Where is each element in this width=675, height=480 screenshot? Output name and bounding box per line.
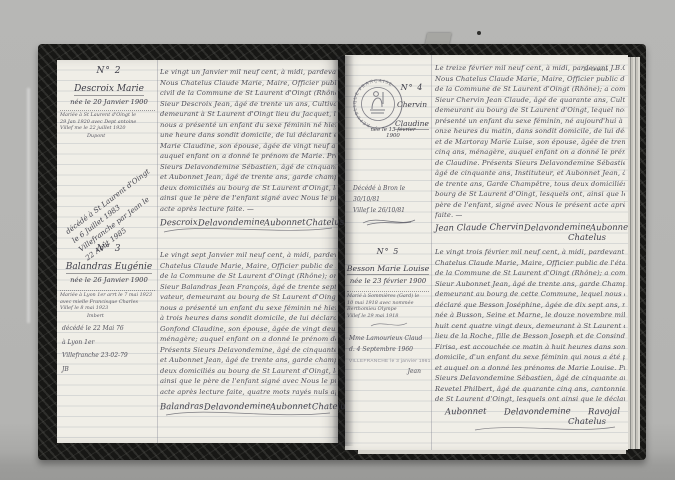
act3-body: Le vingt sept Janvier mil neuf cent, à m… — [160, 250, 336, 397]
handwritten-line: Sieur Aubonnet Jean, âgé de trente ans, … — [435, 279, 625, 290]
handwritten-line: domicile, d'un enfant du sexe féminin qu… — [435, 352, 625, 363]
act4-body: Le treize février mil neuf cent, à midi,… — [435, 63, 625, 221]
handwritten-line: Sieur Chervin Jean Claude, âgé de quaran… — [435, 95, 625, 106]
handwritten-line: nous a présenté un enfant du sexe fémini… — [160, 120, 336, 131]
act2-name: Descroix Marie — [74, 84, 144, 96]
act4-margin-header: N° 4 Chervin Claudine — [393, 83, 431, 130]
page-stack-edges — [628, 57, 640, 449]
act5-number: N° 5 — [345, 247, 431, 256]
act5-name: Besson Marie Louise — [347, 264, 430, 275]
act5-body: Le vingt trois février mil neuf cent, à … — [435, 247, 625, 405]
handwritten-line: déclaré que Besson Joséphine, âgée de di… — [435, 300, 625, 311]
signature-officer: Chatelus — [435, 233, 620, 243]
act5-margin-header: N° 5 Besson Marie Louise née le 23 févri… — [345, 247, 431, 285]
handwritten-line: Le vingt un Janvier mil neuf cent, à mid… — [160, 67, 336, 78]
handwritten-line: Revetel Philbert, âgé de quarante cinq a… — [435, 384, 625, 395]
handwritten-line: Nous Chatelus Claude Marie, Maire, Offic… — [160, 78, 336, 89]
register-book: N° 2 Descroix Marie née le 20 Janvier 19… — [38, 44, 646, 460]
act3-death-note: décédé le 22 Mai 76à Lyon 1erVillefranch… — [62, 322, 157, 376]
signature: Delavondemine — [203, 401, 270, 412]
signature: Aubonnet — [270, 402, 312, 413]
handwritten-line: Le vingt trois février mil neuf cent, à … — [435, 247, 625, 258]
handwritten-line: vateur, demeurant au bourg de St Laurent… — [160, 292, 336, 303]
act4-number: N° 4 — [393, 83, 431, 92]
handwritten-line: bourg de St Laurent d'Oingt, lesquels on… — [435, 189, 625, 200]
act5-signatures: AubonnetDelavondemineRavojal Chatelus — [445, 407, 620, 433]
act5-death-note: Mme Lamourieux Claudd. 4 Septembre 1960 … — [349, 333, 431, 377]
marginal-note-line: Mme Lamourieux Claud — [349, 333, 431, 344]
signature: Ravojal — [588, 407, 620, 418]
handwritten-line: présenté un enfant du sexe féminin, né a… — [435, 116, 625, 127]
handwritten-line: et auquel on a donné les prénoms de Mari… — [435, 363, 625, 374]
marginal-note-line: d. 4 Septembre 1960 — [349, 344, 431, 355]
left-page: N° 2 Descroix Marie née le 20 Janvier 19… — [57, 60, 338, 443]
handwritten-line: auquel enfant on a donné le prénom de Ma… — [160, 151, 336, 162]
act3-margin-header: N° 3 Balandras Eugénie née le 26 Janvier… — [63, 244, 155, 284]
handwritten-line: Le vingt sept Janvier mil neuf cent, à m… — [160, 250, 336, 261]
act4-name-line1: Chervin — [397, 100, 427, 110]
marginal-note-line: Villef le 29 mai 1918 — [347, 313, 429, 320]
handwritten-line: ménagère; auquel enfant on a donné le pr… — [160, 334, 336, 345]
margin-rule-right-page — [431, 55, 432, 450]
act3-marriage-note: Mariée à Lyon 1er arrt le 7 mai 1923avec… — [60, 290, 155, 312]
marginal-note-line: Villef me le 22 juillet 1920 — [60, 125, 155, 132]
handwritten-line: lieu de la Roche, fille de Besson Joseph… — [435, 331, 625, 342]
handwritten-line: de la Commune de St Laurent d'Oingt (Rhô… — [160, 271, 336, 282]
handwritten-line: de la Commune de St Laurent d'Oingt (Rhô… — [435, 268, 625, 279]
handwritten-line: de la Commune de St Laurent d'Oingt (Rhô… — [435, 84, 625, 95]
signature: Descroix — [160, 218, 198, 229]
act3-marriage-paraph: Imbert — [87, 312, 133, 320]
handwritten-line: demeurant au bourg de St Laurent d'Oingt… — [435, 105, 625, 116]
act4-signatures: Jean Claude ChervinDelavondemineAubonnet… — [435, 223, 620, 243]
scanned-register-photo: N° 2 Descroix Marie née le 20 Janvier 19… — [0, 0, 675, 480]
act4-birth-date: née le 13 février 1900 — [363, 127, 423, 139]
act3-signatures: BalandrasDelavondemineAubonnetChatelus — [160, 402, 336, 418]
handwritten-line: âgé de cinquante ans, Instituteur, et Au… — [435, 168, 625, 179]
marginal-note-line: Villef le 8 mai 1923 — [60, 305, 155, 312]
act2-number: N° 2 — [63, 66, 155, 76]
act2-margin-header: N° 2 Descroix Marie née le 20 Janvier 19… — [63, 66, 155, 106]
signature: Delavondemine — [504, 406, 571, 417]
handwritten-line: Sieurs Delavondemine Sébastien, âgé de c… — [435, 373, 625, 384]
handwritten-line: acte après lecture faite, quatre mots ra… — [160, 387, 336, 398]
marginal-note-line: 10 mai 1918 avec nommée — [347, 300, 429, 307]
marginal-note-line: Mariée à St Laurent d'Oingt le — [60, 112, 155, 119]
act2-marriage-note: Mariée à St Laurent d'Oingt le29 Jan 192… — [60, 110, 155, 132]
marginal-note-line: avec mielle Francisque Charles — [60, 299, 155, 306]
signature: Delavondemine — [198, 217, 265, 228]
handwritten-line: Sieurs Delavondemine Sébastien, âgé de c… — [160, 162, 336, 173]
handwritten-line: deux domiciliés au bourg de St Laurent d… — [160, 366, 336, 377]
margin-rule-left-page — [157, 60, 158, 443]
signature: Chatelus — [306, 218, 344, 229]
handwritten-line: civil de la Commune de St Laurent d'Oing… — [160, 88, 336, 99]
marginal-note-line: Villefranche 23-02-79 — [62, 349, 157, 363]
marginal-note-line: Marié à Sommières (Gard) le — [347, 293, 429, 300]
handwritten-line: onze heures du matin, dans sondit domici… — [435, 126, 625, 137]
act2-marriage-paraph: Dupont — [87, 132, 133, 140]
handwritten-line: acte après lecture faite. — — [160, 204, 336, 215]
handwritten-line: Sieur Descroix Jean, âgé de trente un an… — [160, 99, 336, 110]
handwritten-line: nous a présenté un enfant du sexe fémini… — [160, 303, 336, 314]
handwritten-line: née à Busson, Seine et Marne, le douze n… — [435, 310, 625, 321]
act2-signatures: DescroixDelavondemineAubonnetChatelus — [160, 218, 336, 234]
handwritten-line: une heure dans sondit domicile, de lui d… — [160, 130, 336, 141]
handwritten-line: de trente ans, Garde Champêtre, tous deu… — [435, 179, 625, 190]
handwritten-line: de St Laurent d'Oingt, lesquels ont ains… — [435, 394, 625, 405]
handwritten-line: de Claudine. Présents Sieurs Delavondemi… — [435, 158, 625, 169]
handwritten-line: Nous Chatelus Claude Marie, Maire, Offic… — [435, 74, 625, 85]
signature: Aubonnet — [264, 218, 306, 229]
marginal-note-line: Mariée à Lyon 1er arrt le 7 mai 1923 — [60, 292, 155, 299]
marginal-note-line: Berthomieu Olympe — [347, 306, 429, 313]
handwritten-line: demeurant au bourg de cette Commune, leq… — [435, 289, 625, 300]
handwritten-line: faite. — — [435, 210, 625, 221]
handwritten-line: père de l'enfant, signé avec Nous le pré… — [435, 200, 625, 211]
scan-light-streak — [27, 88, 30, 323]
marginal-note-line: Jean — [349, 366, 431, 377]
handwritten-line: ainsi que le père de l'enfant signé avec… — [160, 376, 336, 387]
act5-marriage-note: Marié à Sommières (Gard) le10 mai 1918 a… — [347, 291, 429, 319]
act2-body: Le vingt un Janvier mil neuf cent, à mid… — [160, 67, 336, 214]
act3-number: N° 3 — [63, 244, 155, 254]
act4-death-note: Décédé à Bron le30/10/81Villef le 26/10/… — [353, 183, 431, 216]
handwritten-line: à trois heures dans sondit domicile, de … — [160, 313, 336, 324]
marginal-paraph-flourish — [369, 321, 409, 329]
signature: Jean Claude Chervin — [435, 222, 524, 234]
marginal-note-line: décédé le 22 Mai 76 — [62, 322, 157, 336]
handwritten-line: Gonfond Claudine, son épouse, âgée de vi… — [160, 324, 336, 335]
handwritten-line: ainsi que le père de l'enfant signé avec… — [160, 193, 336, 204]
bottom-page-edge — [358, 450, 626, 454]
handwritten-line: deux domiciliés au bourg de St Laurent d… — [160, 183, 336, 194]
marginal-note-line: 29 Jan 1920 avec Dept antoine — [60, 119, 155, 126]
handwritten-line: Présents Sieurs Delavondemine, âgé de ci… — [160, 345, 336, 356]
act2-birth-date: née le 20 Janvier 1900 — [63, 98, 155, 106]
handwritten-line: cinq ans, ménagère, auquel enfant on a d… — [435, 147, 625, 158]
marginal-note-line: Décédé à Bron le — [353, 183, 431, 194]
marginal-note-line: à Lyon 1er — [62, 336, 157, 350]
handwritten-line: Chatelus Claude Marie, Maire, Officier p… — [435, 258, 625, 269]
handwritten-line: Firisa, est accouchée ce matin à huit he… — [435, 342, 625, 353]
marginal-paraph-flourish — [359, 217, 419, 227]
dust-speck — [477, 31, 481, 35]
handwritten-line: Sieur Balandras Jean François, âgé de tr… — [160, 282, 336, 293]
signature: Aubonnet — [445, 407, 487, 418]
villefranche-date-stamp: VILLEFRANCHE le 3 janvier 1961 — [349, 355, 431, 366]
signature: Delavondemine — [524, 222, 591, 233]
signature: Aubonnet — [590, 223, 632, 234]
handwritten-line: Marie Claudine, son épouse, âgée de ving… — [160, 141, 336, 152]
act3-name: Balandras Eugénie — [66, 262, 152, 274]
handwritten-line: et Aubonnet Jean, âgé de trente ans, gar… — [160, 355, 336, 366]
handwritten-line: huit cent quatre vingt deux, demeurant à… — [435, 321, 625, 332]
marginal-note-line: 30/10/81 — [353, 194, 431, 205]
act5-birth-date: née le 23 février 1900 — [345, 277, 431, 285]
handwritten-line: Chatelus Claude Marie, Maire, Officier p… — [160, 261, 336, 272]
marginal-note-line: JB — [62, 363, 157, 377]
right-page: 2e feuille RÉPUBLIQUE FRANÇAISE N° 4 C — [345, 55, 628, 450]
handwritten-line: Le treize février mil neuf cent, à midi,… — [435, 63, 625, 74]
act3-birth-date: née le 26 Janvier 1900 — [63, 276, 155, 284]
signature: Balandras — [160, 402, 204, 413]
handwritten-line: demeurant à St Laurent d'Oingt lieu du J… — [160, 109, 336, 120]
handwritten-line: et Aubonnet Jean, âgé de trente ans, gar… — [160, 172, 336, 183]
handwritten-line: et de Martoray Marie Luise, son épouse, … — [435, 137, 625, 148]
marginal-note-line: Villef le 26/10/81 — [353, 205, 431, 216]
